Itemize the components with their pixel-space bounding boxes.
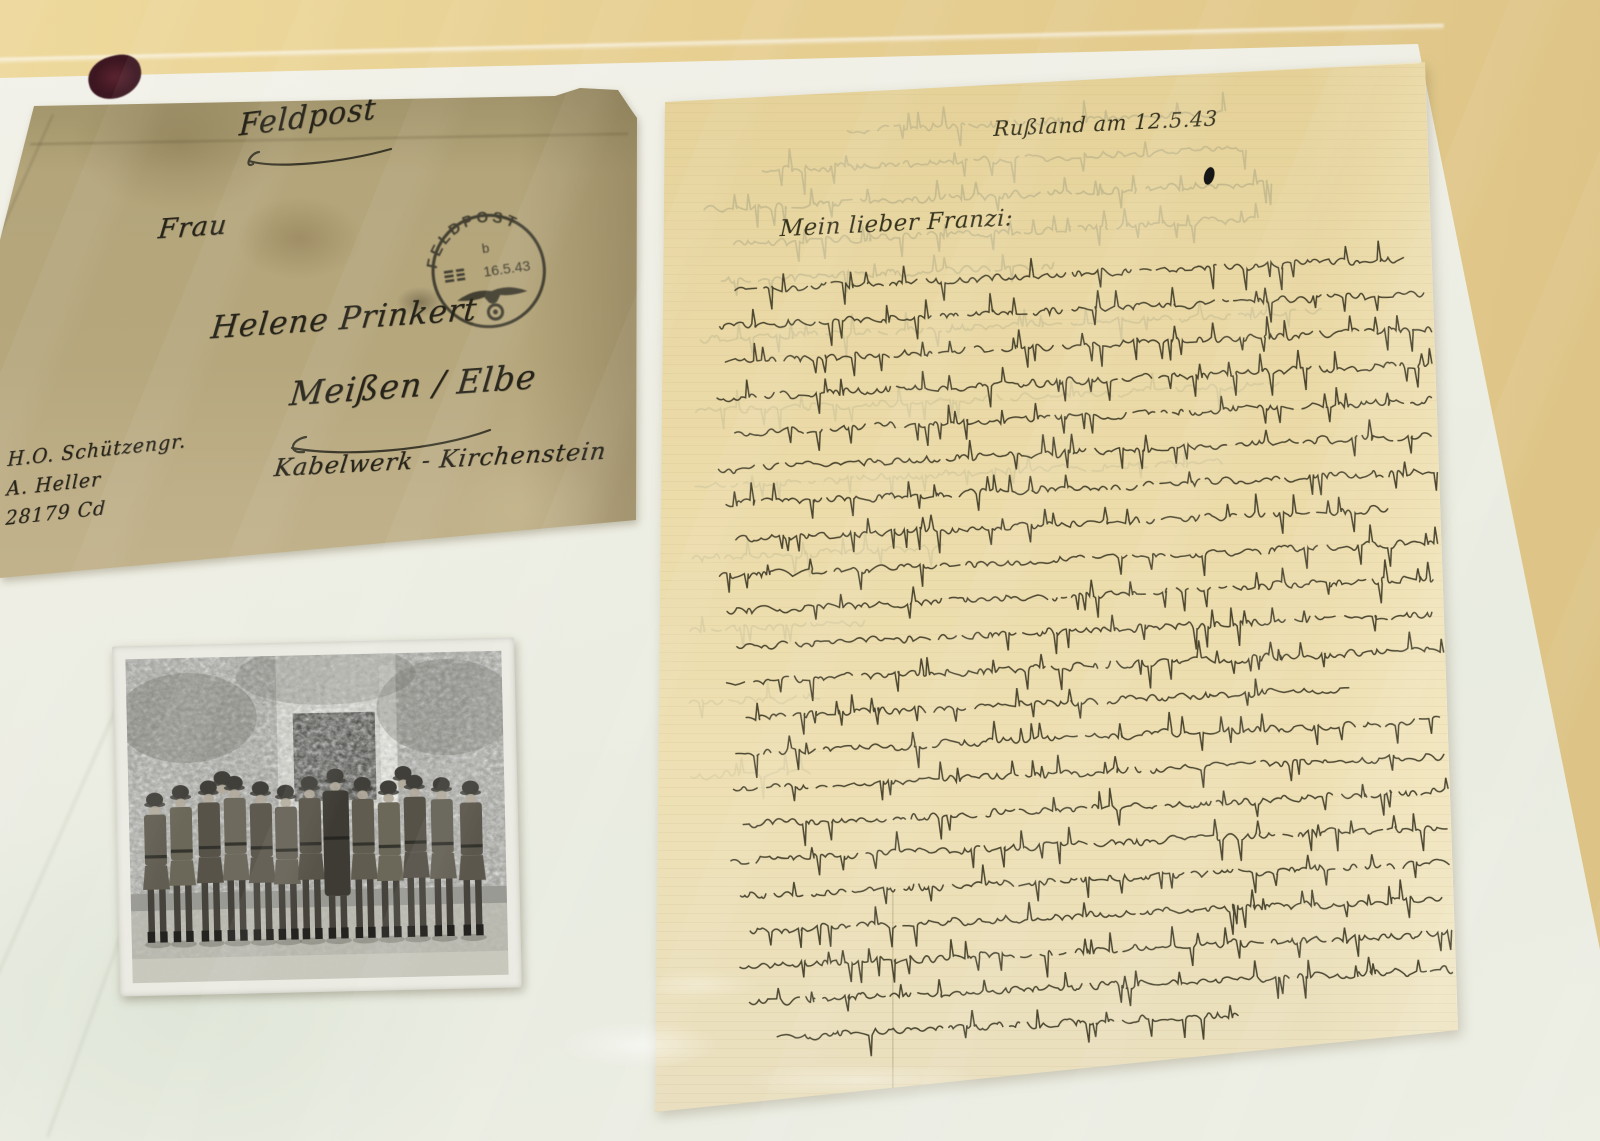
handwriting-line <box>718 416 1432 489</box>
paper-fold-crease <box>892 890 894 1120</box>
bleed-through-line <box>699 292 1322 366</box>
handwriting-line <box>735 699 1446 779</box>
handwriting-line <box>726 629 1445 708</box>
bleed-through-line <box>721 249 1055 298</box>
soldier-group-photo <box>112 637 522 996</box>
letter-body-lines <box>703 238 1464 1062</box>
handwriting-line <box>776 998 1239 1061</box>
letter-salutation: Mein lieber Franzi: <box>778 205 1013 242</box>
photograph-of-feldpost-documents: Feldpost FELDPOST b <box>0 0 1600 1141</box>
handwriting-line <box>724 309 1432 385</box>
photo-white-border <box>112 637 522 996</box>
handwriting-line <box>716 344 1433 422</box>
feldpost-postmark-stamp: FELDPOST b 16.5.43 <box>398 182 581 365</box>
handwriting-line <box>749 877 1450 957</box>
handwriting-line <box>742 772 1449 849</box>
address-line-town: Meißen / Elbe <box>288 357 539 414</box>
ink-blot <box>1202 166 1216 186</box>
letter-dateline: Rußland am 12.5.43 <box>992 105 1218 141</box>
handwriting-line <box>749 951 1454 1025</box>
photo-scene <box>125 651 508 983</box>
address-line-frau: Frau <box>157 209 229 245</box>
postmark-date: 16.5.43 <box>482 258 531 280</box>
sender-feldpost-number-block: H.O. Schützengr. A. Heller 28179 Cd <box>5 427 187 534</box>
handwriting-line <box>739 913 1453 992</box>
bleed-through-line <box>689 608 872 650</box>
underline-flourish <box>243 142 403 172</box>
envelope-paper: Feldpost FELDPOST b <box>0 88 648 588</box>
handwritten-letter: Rußland am 12.5.43 Mein lieber Franzi: <box>640 40 1470 1125</box>
handwritten-feldpost-note: Feldpost <box>238 91 377 143</box>
feldpost-envelope: Feldpost FELDPOST b <box>0 88 648 588</box>
letter-paper: Rußland am 12.5.43 Mein lieber Franzi: <box>640 40 1470 1125</box>
handwriting-line <box>730 805 1448 885</box>
envelope-crease <box>0 114 54 334</box>
postmark-office: b <box>481 241 490 257</box>
sleeve-glare <box>675 62 1460 1025</box>
letter-writing: Rußland am 12.5.43 Mein lieber Franzi: <box>640 40 1470 1125</box>
handwriting-line <box>740 843 1450 918</box>
postmark-code-bars <box>444 268 466 282</box>
